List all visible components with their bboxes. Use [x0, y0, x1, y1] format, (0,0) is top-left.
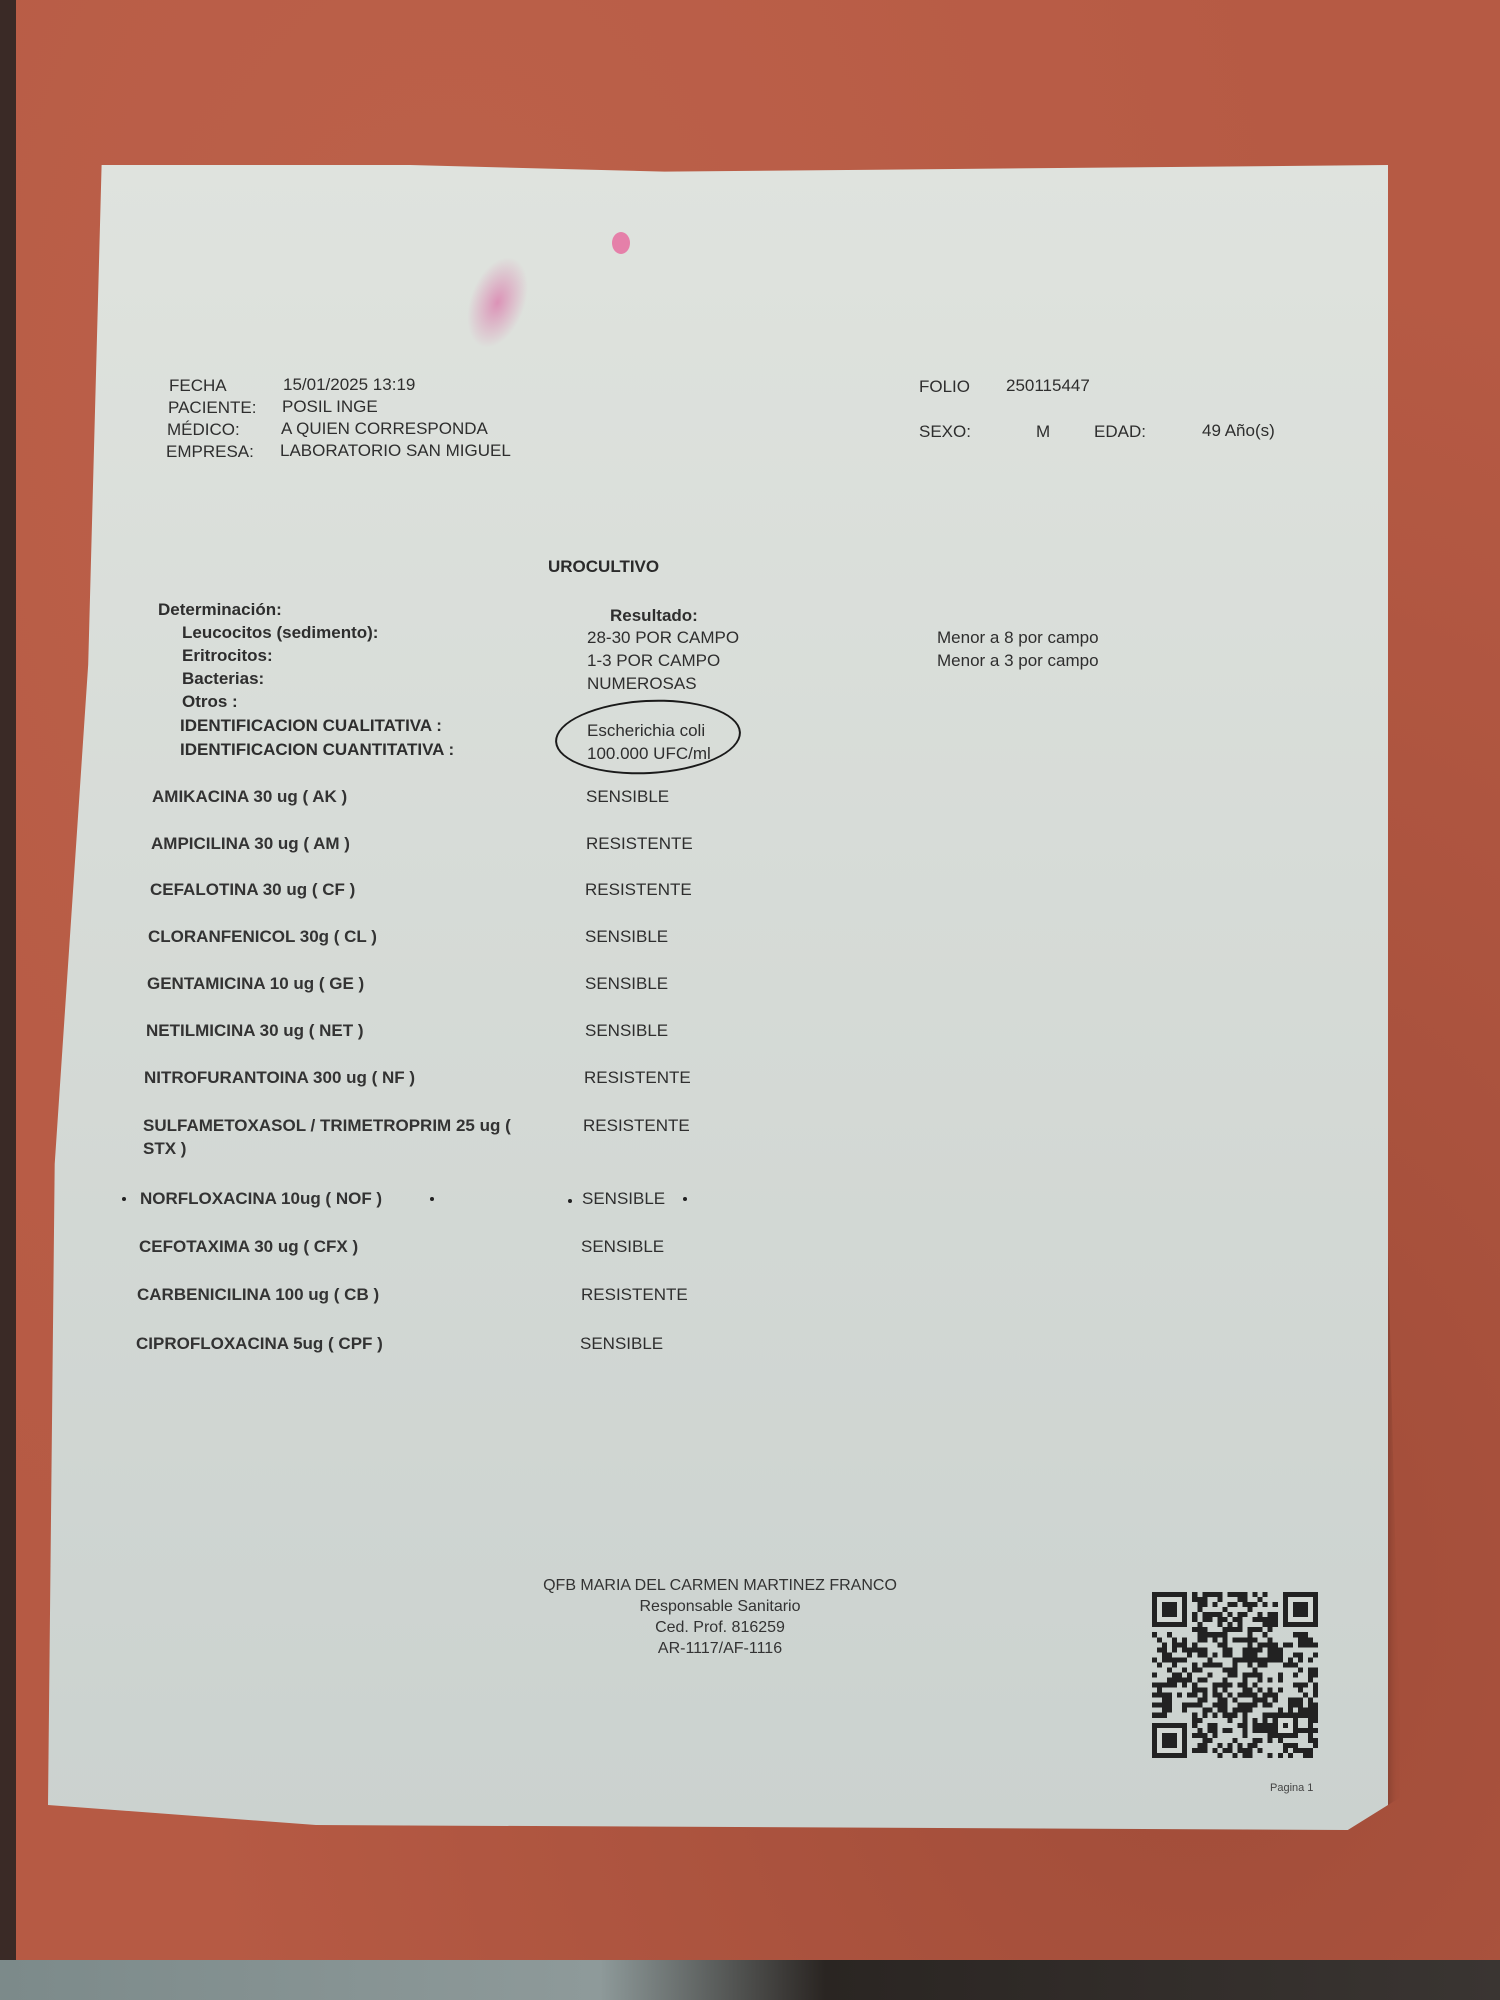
antibiotic-name: AMIKACINA 30 ug ( AK )	[152, 787, 347, 807]
antibiotic-name-continued: STX )	[143, 1139, 186, 1159]
determinacion-header: Determinación:	[158, 600, 282, 620]
medico-value: A QUIEN CORRESPONDA	[281, 419, 488, 439]
responsible-role: Responsable Sanitario	[480, 1596, 960, 1617]
paciente-value: POSIL INGE	[282, 397, 378, 417]
antibiotic-row: CIPROFLOXACINA 5ug ( CPF )SENSIBLE	[0, 1334, 1500, 1358]
paciente-label: PACIENTE:	[168, 398, 256, 418]
susceptibility-result: RESISTENTE	[583, 1116, 690, 1136]
susceptibility-result: SENSIBLE	[580, 1334, 663, 1354]
pen-mark	[568, 1199, 572, 1203]
ink-stain	[612, 232, 630, 254]
antibiotic-row: CARBENICILINA 100 ug ( CB )RESISTENTE	[0, 1285, 1500, 1309]
antibiotic-row: AMIKACINA 30 ug ( AK )SENSIBLE	[0, 787, 1500, 811]
determination-label: Otros :	[182, 692, 238, 712]
antibiotic-row: CEFOTAXIMA 30 ug ( CFX )SENSIBLE	[0, 1237, 1500, 1261]
license-code: AR-1117/AF-1116	[480, 1638, 960, 1659]
susceptibility-result: RESISTENTE	[585, 880, 692, 900]
determination-result: 28-30 POR CAMPO	[587, 628, 739, 648]
determination-label: Bacterias:	[182, 669, 264, 689]
sexo-label: SEXO:	[919, 422, 971, 442]
determination-label: IDENTIFICACION CUALITATIVA :	[180, 716, 442, 736]
professional-id: Ced. Prof. 816259	[480, 1617, 960, 1638]
antibiotic-name: NITROFURANTOINA 300 ug ( NF )	[144, 1068, 415, 1088]
susceptibility-result: SENSIBLE	[585, 974, 668, 994]
susceptibility-result: SENSIBLE	[585, 1021, 668, 1041]
determination-label: Leucocitos (sedimento):	[182, 623, 378, 643]
susceptibility-result: SENSIBLE	[586, 787, 669, 807]
antibiotic-row: CLORANFENICOL 30g ( CL )SENSIBLE	[0, 927, 1500, 951]
antibiotic-name: AMPICILINA 30 ug ( AM )	[151, 834, 350, 854]
edad-label: EDAD:	[1094, 422, 1146, 442]
determination-reference: Menor a 3 por campo	[937, 651, 1099, 671]
responsible-name: QFB MARIA DEL CARMEN MARTINEZ FRANCO	[480, 1575, 960, 1596]
antibiotic-row: SULFAMETOXASOL / TRIMETROPRIM 25 ug (STX…	[0, 1116, 1500, 1140]
medico-label: MÉDICO:	[167, 420, 240, 440]
pen-mark	[122, 1197, 126, 1201]
antibiotic-row: CEFALOTINA 30 ug ( CF )RESISTENTE	[0, 880, 1500, 904]
pen-mark	[683, 1197, 687, 1201]
susceptibility-result: SENSIBLE	[585, 927, 668, 947]
susceptibility-result: SENSIBLE	[581, 1237, 664, 1257]
edad-value: 49 Año(s)	[1202, 421, 1275, 441]
folio-label: FOLIO	[919, 377, 970, 397]
antibiotic-name: CEFOTAXIMA 30 ug ( CFX )	[139, 1237, 358, 1257]
folio-value: 250115447	[1006, 376, 1090, 396]
antibiotic-row: GENTAMICINA 10 ug ( GE )SENSIBLE	[0, 974, 1500, 998]
susceptibility-result: RESISTENTE	[581, 1285, 688, 1305]
antibiotic-name: CLORANFENICOL 30g ( CL )	[148, 927, 377, 947]
empresa-value: LABORATORIO SAN MIGUEL	[280, 441, 511, 461]
antibiotic-name: CIPROFLOXACINA 5ug ( CPF )	[136, 1334, 383, 1354]
antibiotic-name: NETILMICINA 30 ug ( NET )	[146, 1021, 364, 1041]
background-floor	[0, 1960, 1500, 2000]
determination-label: Eritrocitos:	[182, 646, 273, 666]
antibiotic-row: NETILMICINA 30 ug ( NET )SENSIBLE	[0, 1021, 1500, 1045]
study-title: UROCULTIVO	[548, 557, 659, 577]
page-number: Pagina 1	[1270, 1782, 1313, 1794]
fecha-label: FECHA	[169, 376, 227, 396]
signature-block: QFB MARIA DEL CARMEN MARTINEZ FRANCO Res…	[480, 1575, 960, 1659]
susceptibility-result: SENSIBLE	[582, 1189, 665, 1209]
antibiotic-row: AMPICILINA 30 ug ( AM )RESISTENTE	[0, 834, 1500, 858]
antibiotic-row: NITROFURANTOINA 300 ug ( NF )RESISTENTE	[0, 1068, 1500, 1092]
fecha-value: 15/01/2025 13:19	[283, 375, 415, 395]
antibiotic-name: NORFLOXACINA 10ug ( NOF )	[140, 1189, 382, 1209]
qr-code-icon	[1152, 1592, 1318, 1758]
resultado-header: Resultado:	[610, 606, 698, 626]
determination-result: 1-3 POR CAMPO	[587, 651, 720, 671]
antibiotic-name: SULFAMETOXASOL / TRIMETROPRIM 25 ug (	[143, 1116, 511, 1136]
pen-mark	[430, 1197, 434, 1201]
sexo-value: M	[1036, 422, 1050, 442]
susceptibility-result: RESISTENTE	[586, 834, 693, 854]
determination-label: IDENTIFICACION CUANTITATIVA :	[180, 740, 454, 760]
susceptibility-result: RESISTENTE	[584, 1068, 691, 1088]
empresa-label: EMPRESA:	[166, 442, 254, 462]
antibiotic-name: CEFALOTINA 30 ug ( CF )	[150, 880, 355, 900]
antibiotic-name: CARBENICILINA 100 ug ( CB )	[137, 1285, 379, 1305]
determination-result: NUMEROSAS	[587, 674, 697, 694]
antibiotic-name: GENTAMICINA 10 ug ( GE )	[147, 974, 364, 994]
determination-reference: Menor a 8 por campo	[937, 628, 1099, 648]
antibiotic-row: NORFLOXACINA 10ug ( NOF )SENSIBLE	[0, 1189, 1500, 1213]
